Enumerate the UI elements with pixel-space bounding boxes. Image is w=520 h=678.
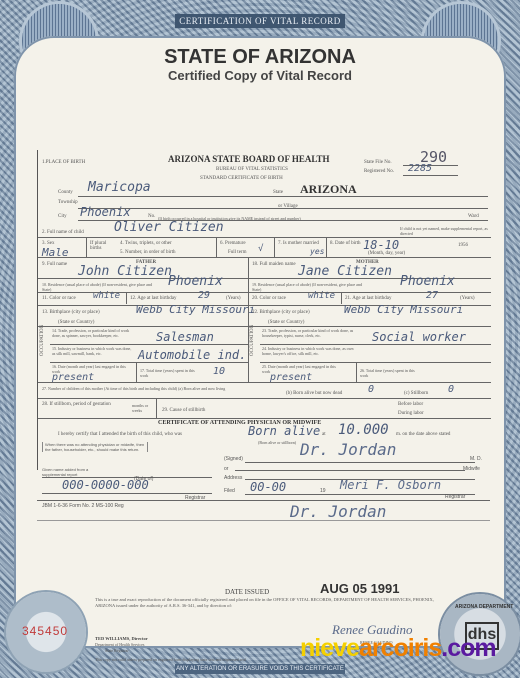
mother-trade: Social worker <box>372 330 466 344</box>
certificate-subtitle: Certified Copy of Vital Record <box>0 68 520 83</box>
cert-type-title: STANDARD CERTIFICATE OF BIRTH <box>200 176 283 181</box>
mother-years-label: 26. Total time (years) spent in this wor… <box>360 368 420 378</box>
mother-color-label: 20. Color or race <box>252 296 286 301</box>
birth-time: 10.000 <box>338 422 389 438</box>
born-status-note: (Born alive or stillborn) <box>258 440 296 445</box>
state-title: STATE OF ARIZONA <box>0 46 520 69</box>
father-residence: Phoenix <box>168 274 223 289</box>
father-trade: Salesman <box>156 330 214 344</box>
mother-birthplace-label: 22. Birthplace (city or place) <box>252 310 310 315</box>
city-label: City <box>58 214 67 219</box>
city-value: Phoenix <box>80 205 131 219</box>
stillborn-label: (c) Stillborn <box>404 391 428 396</box>
father-years: 10 <box>213 366 225 377</box>
md-label: M. D. <box>470 456 482 462</box>
father-trade-label: 14. Trade, profession, or particular kin… <box>52 328 132 338</box>
child-name-label: 2. Full name of child <box>42 230 84 235</box>
father-birthplace-label: 13. Birthplace (city or place) <box>42 310 100 315</box>
mother-occupation-label: OCCUPATION <box>250 325 255 356</box>
no-physician-note: When there was no attending physician or… <box>42 442 148 452</box>
state-file-label: State File No. <box>364 160 392 165</box>
at-label: at <box>322 432 326 437</box>
order-label: 5. Number, in order of birth <box>120 250 175 255</box>
stillborn-value: 0 <box>448 384 454 395</box>
father-color: white <box>93 291 120 301</box>
state-value: ARIZONA <box>300 182 357 197</box>
born-dead-label: (b) Born alive but now dead <box>286 391 342 396</box>
father-industry-label: 15. Industry or business in which work w… <box>52 346 132 356</box>
validity-note: This copy not valid unless prepared on e… <box>95 657 246 662</box>
full-term-label: Full term <box>228 250 246 255</box>
filed-value: 00-00 <box>250 480 286 494</box>
before-labor-label: Before labor <box>398 402 423 407</box>
physician-signature: Dr. Jordan <box>300 440 396 459</box>
birth-certificate-form: 1.PLACE OF BIRTH ARIZONA STATE BOARD OF … <box>37 150 491 470</box>
watermark-part-3: .com <box>441 634 495 662</box>
mother-industry-label: 24. Industry or business in which work w… <box>262 346 357 356</box>
township-label: Township <box>58 200 78 205</box>
born-status: Born alive <box>248 424 320 438</box>
registrar-signature: Meri F. Osborn <box>340 478 441 492</box>
mother-trade-label: 23. Trade, profession, or particular kin… <box>262 328 357 338</box>
board-title: ARIZONA STATE BOARD OF HEALTH <box>168 154 330 164</box>
dob-value: 18-10 <box>363 238 399 252</box>
mother-birthplace: Webb City Missouri <box>344 303 463 316</box>
mother-date: present <box>270 372 312 383</box>
father-name-label: 9. Full name <box>42 262 67 267</box>
stillborn-period-label: 28. If stillborn, period of gestation <box>42 402 122 407</box>
father-years-label: 17. Total time (years) spent in this wor… <box>140 368 200 378</box>
father-age: 29 <box>198 290 210 301</box>
mother-name-label: 18. Full maiden name <box>252 262 296 267</box>
dob-year: 1956 <box>458 243 468 248</box>
serial-number: 345450 <box>22 624 68 638</box>
certification-statement: This is a true and exact reproduction of… <box>95 597 435 609</box>
place-of-birth-label: 1.PLACE OF BIRTH <box>42 160 85 165</box>
midwife-label: Midwife <box>463 466 480 472</box>
father-industry: Automobile ind. <box>138 348 246 362</box>
father-occupation-label: OCCUPATION <box>40 325 45 356</box>
father-birthplace: Webb City Missouri <box>136 303 255 316</box>
father-name: John Citizen <box>78 264 172 279</box>
born-dead-value: 0 <box>368 384 374 395</box>
extra-signature: Dr. Jordan <box>290 502 386 521</box>
mother-age: 27 <box>426 290 438 301</box>
address-label: Address <box>224 475 242 481</box>
registered-label: Registered No. <box>364 169 394 174</box>
father-age-label: 12. Age at last birthday <box>130 296 177 301</box>
dob-note: (Month, day, year) <box>368 251 405 256</box>
director-dept: Department of Health Services <box>95 642 144 647</box>
top-ribbon: CERTIFICATION OF VITAL RECORD <box>175 14 345 28</box>
gestation-unit: months or weeks <box>132 403 152 413</box>
form-number: JBM 1-6-36 Form No. 2 MS-100 Reg <box>42 503 124 509</box>
county-value: Maricopa <box>88 180 151 195</box>
seal-text: ARIZONA DEPARTMENT <box>455 604 513 610</box>
registered-no: 2285 <box>408 163 432 174</box>
father-birthplace-note: (State or Country) <box>58 320 94 325</box>
married-label: 7. Is mother married <box>278 241 319 246</box>
given-name-label: Given name added from a supplemental rep… <box>42 467 112 477</box>
mother-residence: Phoenix <box>400 274 455 289</box>
father-color-label: 11. Color or race <box>42 296 76 301</box>
watermark: nievearcoiris.com <box>300 634 496 663</box>
mother-birthplace-note: (State or Country) <box>268 320 304 325</box>
time-suffix: m. on the date above stated <box>396 432 450 437</box>
dob-label: 8. Date of birth <box>330 241 361 246</box>
stillbirth-cause-label: 29. Cause of stillbirth <box>162 408 205 413</box>
watermark-part-1: nieve <box>300 634 359 662</box>
mother-age-unit: (Years) <box>460 296 475 301</box>
supplemental-number: 000-0000-000 <box>62 478 149 492</box>
premature-label: 6. Premature <box>220 241 246 246</box>
bottom-ribbon: ANY ALTERATION OR ERASURE VOIDS THIS CER… <box>175 664 345 674</box>
director-title: State Registrar <box>105 648 129 653</box>
certify-text: I hereby certify that I attended the bir… <box>58 432 182 437</box>
mother-color: white <box>308 291 335 301</box>
child-name-note: If child is not yet named, make suppleme… <box>400 226 488 236</box>
mother-name: Jane Citizen <box>298 264 392 279</box>
watermark-part-2: arcoiris <box>359 634 441 662</box>
ward-label: Ward <box>468 214 479 219</box>
father-age-unit: (Years) <box>226 296 241 301</box>
signed-label: (Signed) <box>224 456 243 462</box>
during-labor-label: During labor <box>398 411 424 416</box>
no-label: No. <box>148 214 155 219</box>
mother-age-label: 21. Age at last birthday <box>345 296 392 301</box>
full-term-check: √ <box>258 244 263 254</box>
director-name: TED WILLIAMS, Director <box>95 636 148 641</box>
child-name-value: Oliver Citizen <box>114 220 224 235</box>
date-issued-value: AUG 05 1991 <box>320 581 400 596</box>
state-label: State <box>273 190 283 195</box>
children-label: 27. Number of children of this mother (A… <box>42 386 242 391</box>
plural-label: If plural births <box>90 241 112 251</box>
married-value: yes <box>310 247 324 256</box>
twins-label: 4. Twins, triplets, or other <box>120 241 172 246</box>
date-issued-label: DATE ISSUED <box>225 588 269 596</box>
filed-label: Filed <box>224 488 235 494</box>
county-label: County <box>58 190 73 195</box>
bureau-title: BUREAU OF VITAL STATISTICS <box>216 167 288 172</box>
